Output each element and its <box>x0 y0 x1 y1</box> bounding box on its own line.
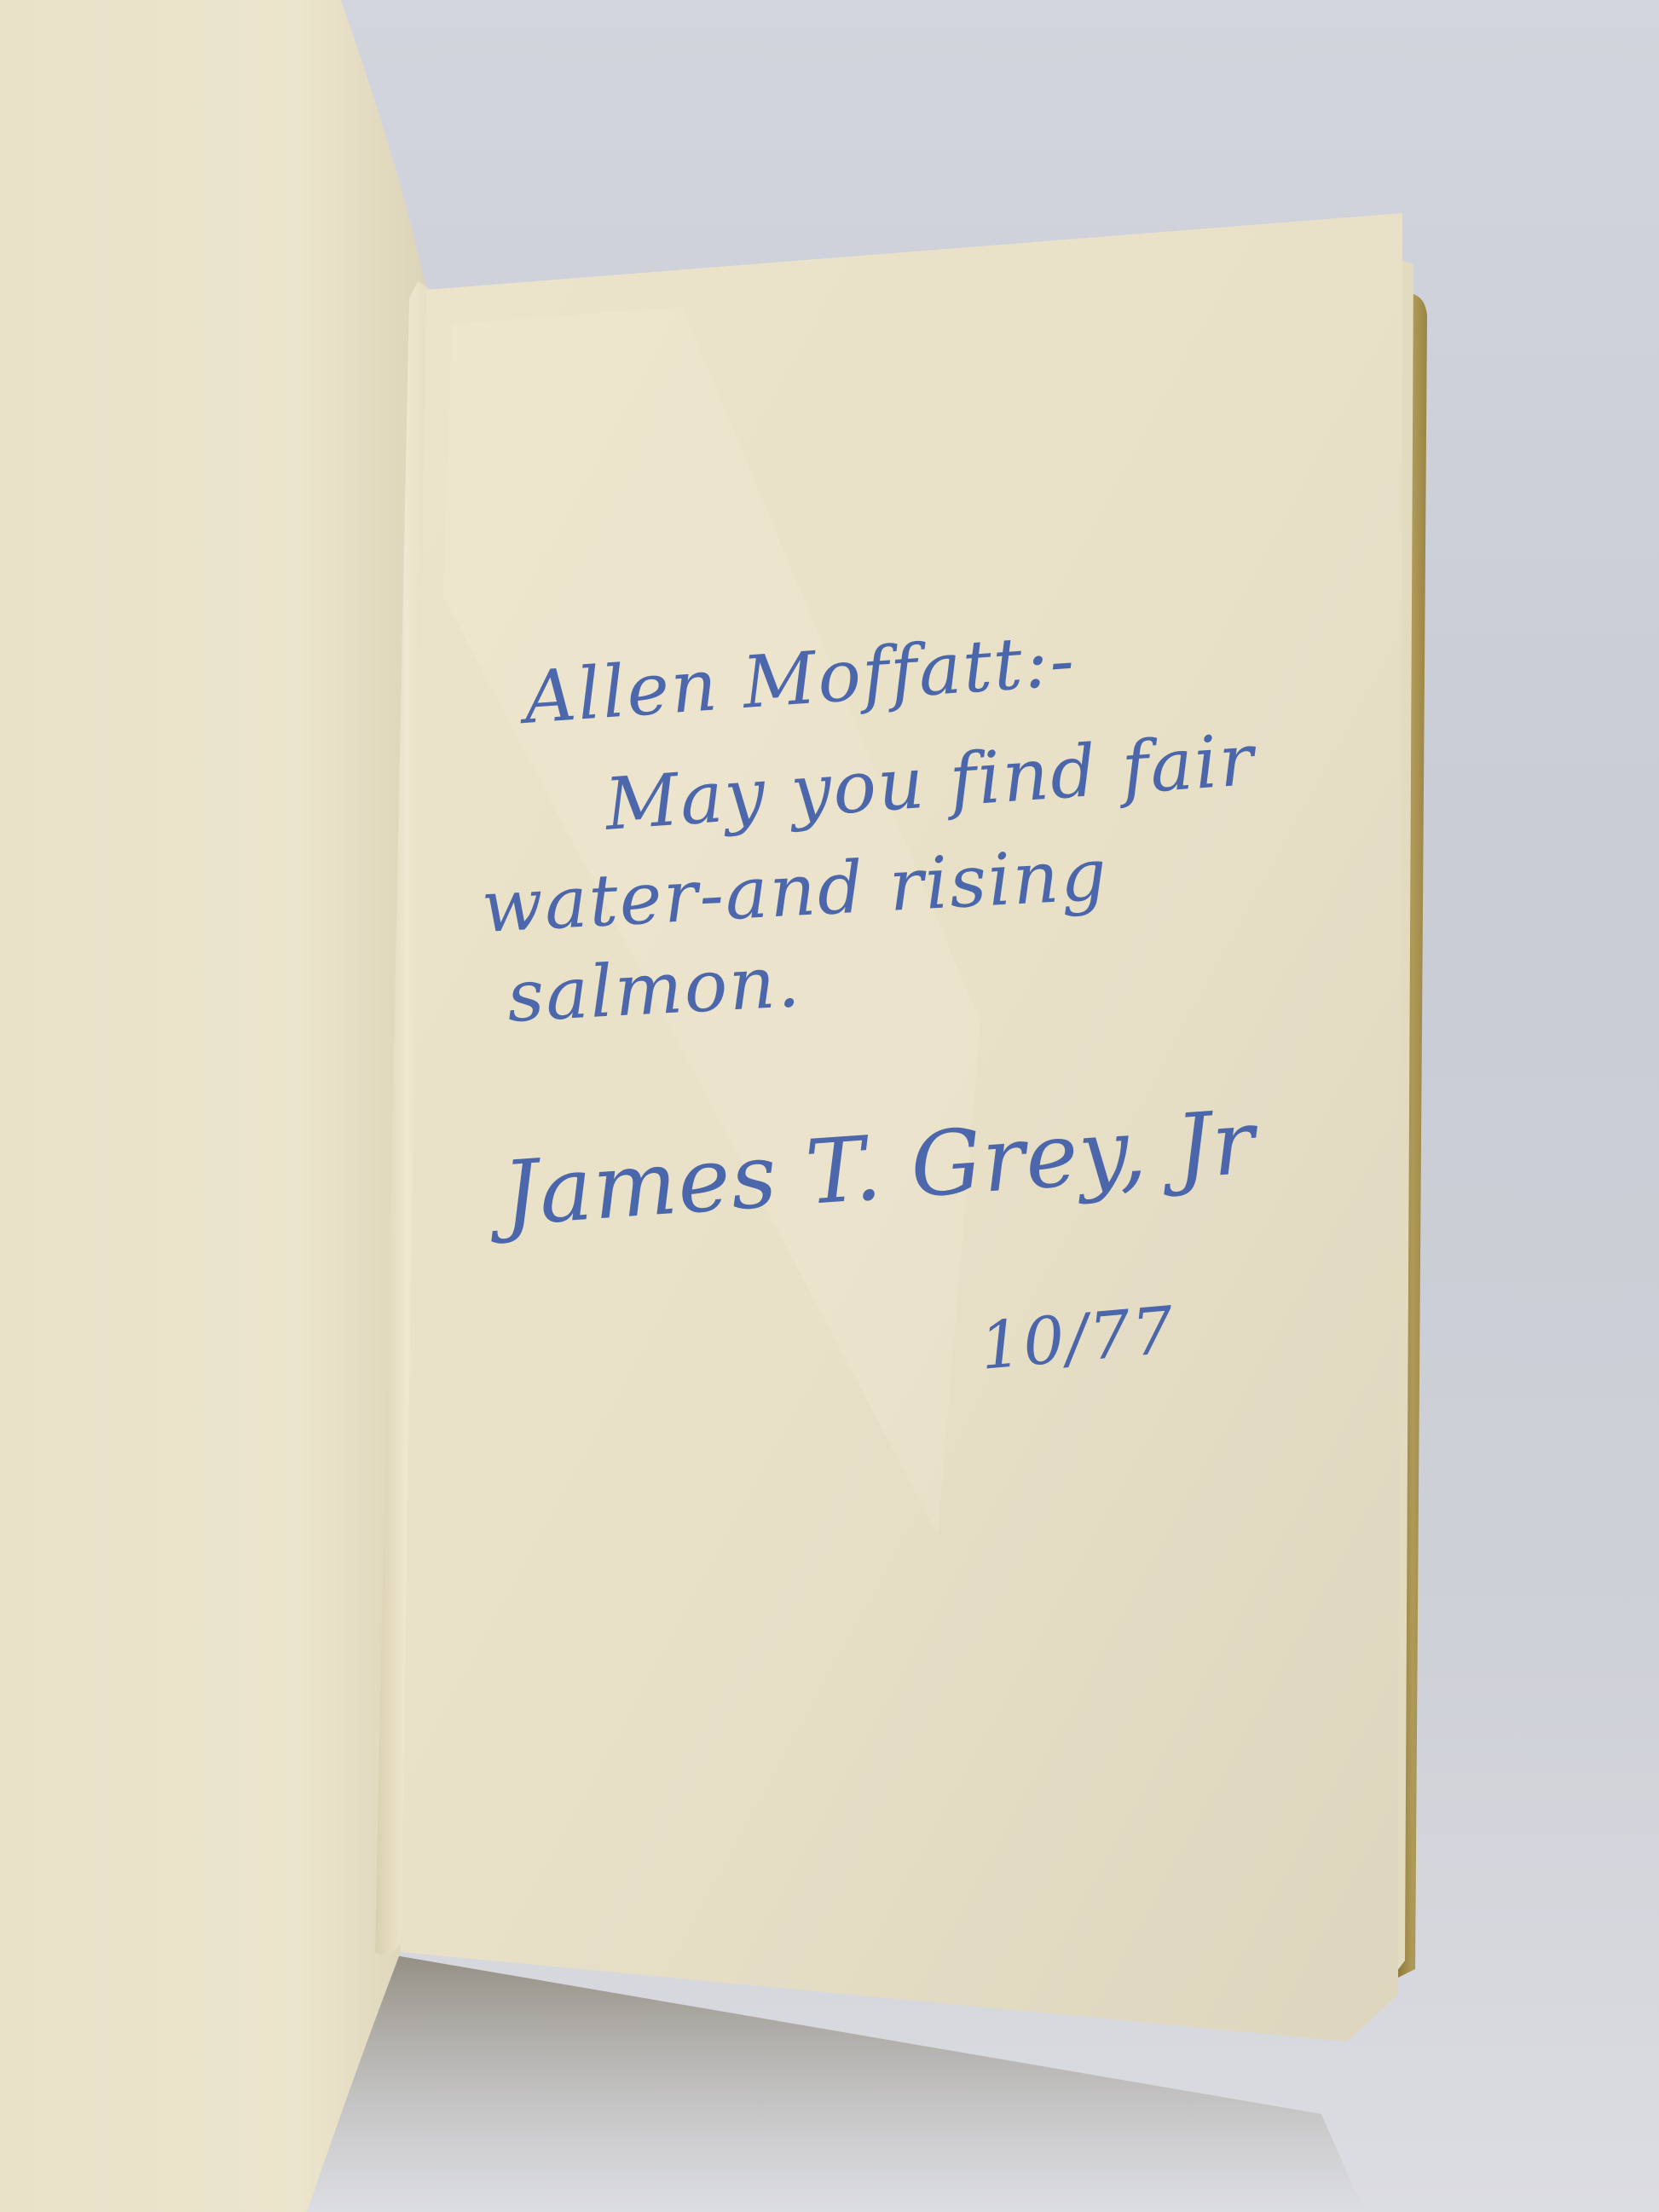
book-illustration <box>0 0 1659 2212</box>
left-page <box>0 0 426 2212</box>
book-photo: Allen Moffatt:- May you find fair water-… <box>0 0 1659 2212</box>
